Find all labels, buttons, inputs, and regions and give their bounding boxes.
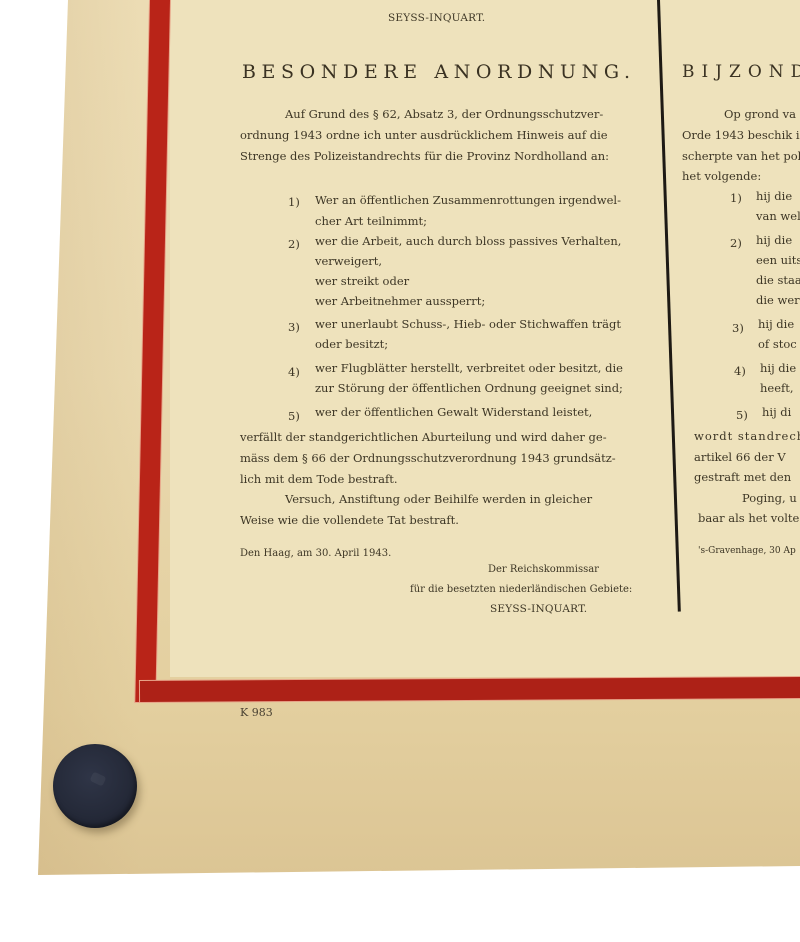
list-item-line: wer Flugblätter herstellt, verbreitet od… (315, 358, 623, 379)
list-item-number: 5) (736, 405, 748, 426)
list-item-line: verweigert, (315, 251, 382, 272)
list-item-line: hij die (758, 314, 794, 335)
list-item-line: van wel (756, 206, 800, 227)
attempt-line: Weise wie die vollendete Tat bestraft. (240, 510, 459, 531)
list-item-line: hij die (756, 230, 792, 251)
list-item-line: wer streikt oder (315, 271, 409, 292)
penalty-line: artikel 66 der V (694, 447, 786, 468)
penalty-line: mäss dem § 66 der Ordnungsschutzverordnu… (240, 448, 616, 469)
intro-line: scherpte van het pol (682, 146, 800, 167)
place-date: Den Haag, am 30. April 1943. (240, 543, 391, 564)
list-item-line: heeft, (760, 378, 794, 399)
penalty-line: wordt standrechte (694, 426, 800, 447)
list-item-number: 3) (732, 318, 744, 339)
print-reference: K 983 (240, 706, 273, 719)
list-item-number: 5) (288, 406, 300, 427)
list-item-number: 4) (734, 361, 746, 382)
list-item-number: 1) (288, 192, 300, 213)
notice-title-german: BESONDERE ANORDNUNG. (242, 62, 636, 83)
list-item-line: zur Störung der öffentlichen Ordnung gee… (315, 378, 623, 399)
list-item-line: die wer (756, 290, 800, 311)
penalty-line: verfällt der standgerichtlichen Aburteil… (240, 427, 607, 448)
red-border-horizontal (140, 677, 800, 702)
signatory-title: Der Reichskommissar (488, 559, 599, 580)
button-emboss-mark (90, 772, 107, 787)
list-item-line: of stoc (758, 334, 797, 355)
attempt-line: Versuch, Anstiftung oder Beihilfe werden… (285, 489, 592, 510)
list-item-number: 1) (730, 188, 742, 209)
list-item-line: wer Arbeitnehmer aussperrt; (315, 291, 485, 312)
list-item-line: Wer an öffentlichen Zusammenrottungen ir… (315, 190, 621, 211)
list-item-number: 2) (288, 234, 300, 255)
list-item-line: cher Art teilnimmt; (315, 211, 427, 232)
list-item-number: 4) (288, 362, 300, 383)
penalty-line: gestraft met den (694, 467, 791, 488)
list-item-line: wer die Arbeit, auch durch bloss passive… (315, 231, 621, 252)
attempt-line: baar als het volte (698, 508, 799, 529)
intro-line: het volgende: (682, 166, 761, 187)
intro-line: ordnung 1943 ordne ich unter ausdrücklic… (240, 125, 608, 146)
intro-line: Auf Grund des § 62, Absatz 3, der Ordnun… (285, 104, 603, 125)
previous-notice-signature: SEYSS-INQUART. (388, 8, 485, 29)
poster-inner-panel (170, 0, 800, 677)
list-item-line: oder besitzt; (315, 334, 388, 355)
list-item-line: een uits (756, 250, 800, 271)
intro-line: Strenge des Polizeistandrechts für die P… (240, 146, 609, 167)
intro-line: Op grond va (724, 104, 796, 125)
mounting-button (53, 744, 137, 828)
list-item-number: 2) (730, 233, 742, 254)
list-item-number: 3) (288, 317, 300, 338)
penalty-line: lich mit dem Tode bestraft. (240, 469, 398, 490)
list-item-line: wer der öffentlichen Gewalt Widerstand l… (315, 402, 592, 423)
signatory-region: für die besetzten niederländischen Gebie… (410, 579, 632, 600)
list-item-line: wer unerlaubt Schuss-, Hieb- oder Stichw… (315, 314, 621, 335)
list-item-line: hij die (760, 358, 796, 379)
attempt-line: Poging, u (742, 488, 797, 509)
list-item-line: die staa (756, 270, 800, 291)
list-item-line: hij die (756, 186, 792, 207)
notice-title-dutch: BIJZOND (682, 62, 800, 83)
signature: SEYSS-INQUART. (490, 599, 587, 620)
intro-line: Orde 1943 beschik i (682, 125, 800, 146)
place-date: 's-Gravenhage, 30 Ap (698, 541, 796, 562)
list-item-line: hij di (762, 402, 791, 423)
